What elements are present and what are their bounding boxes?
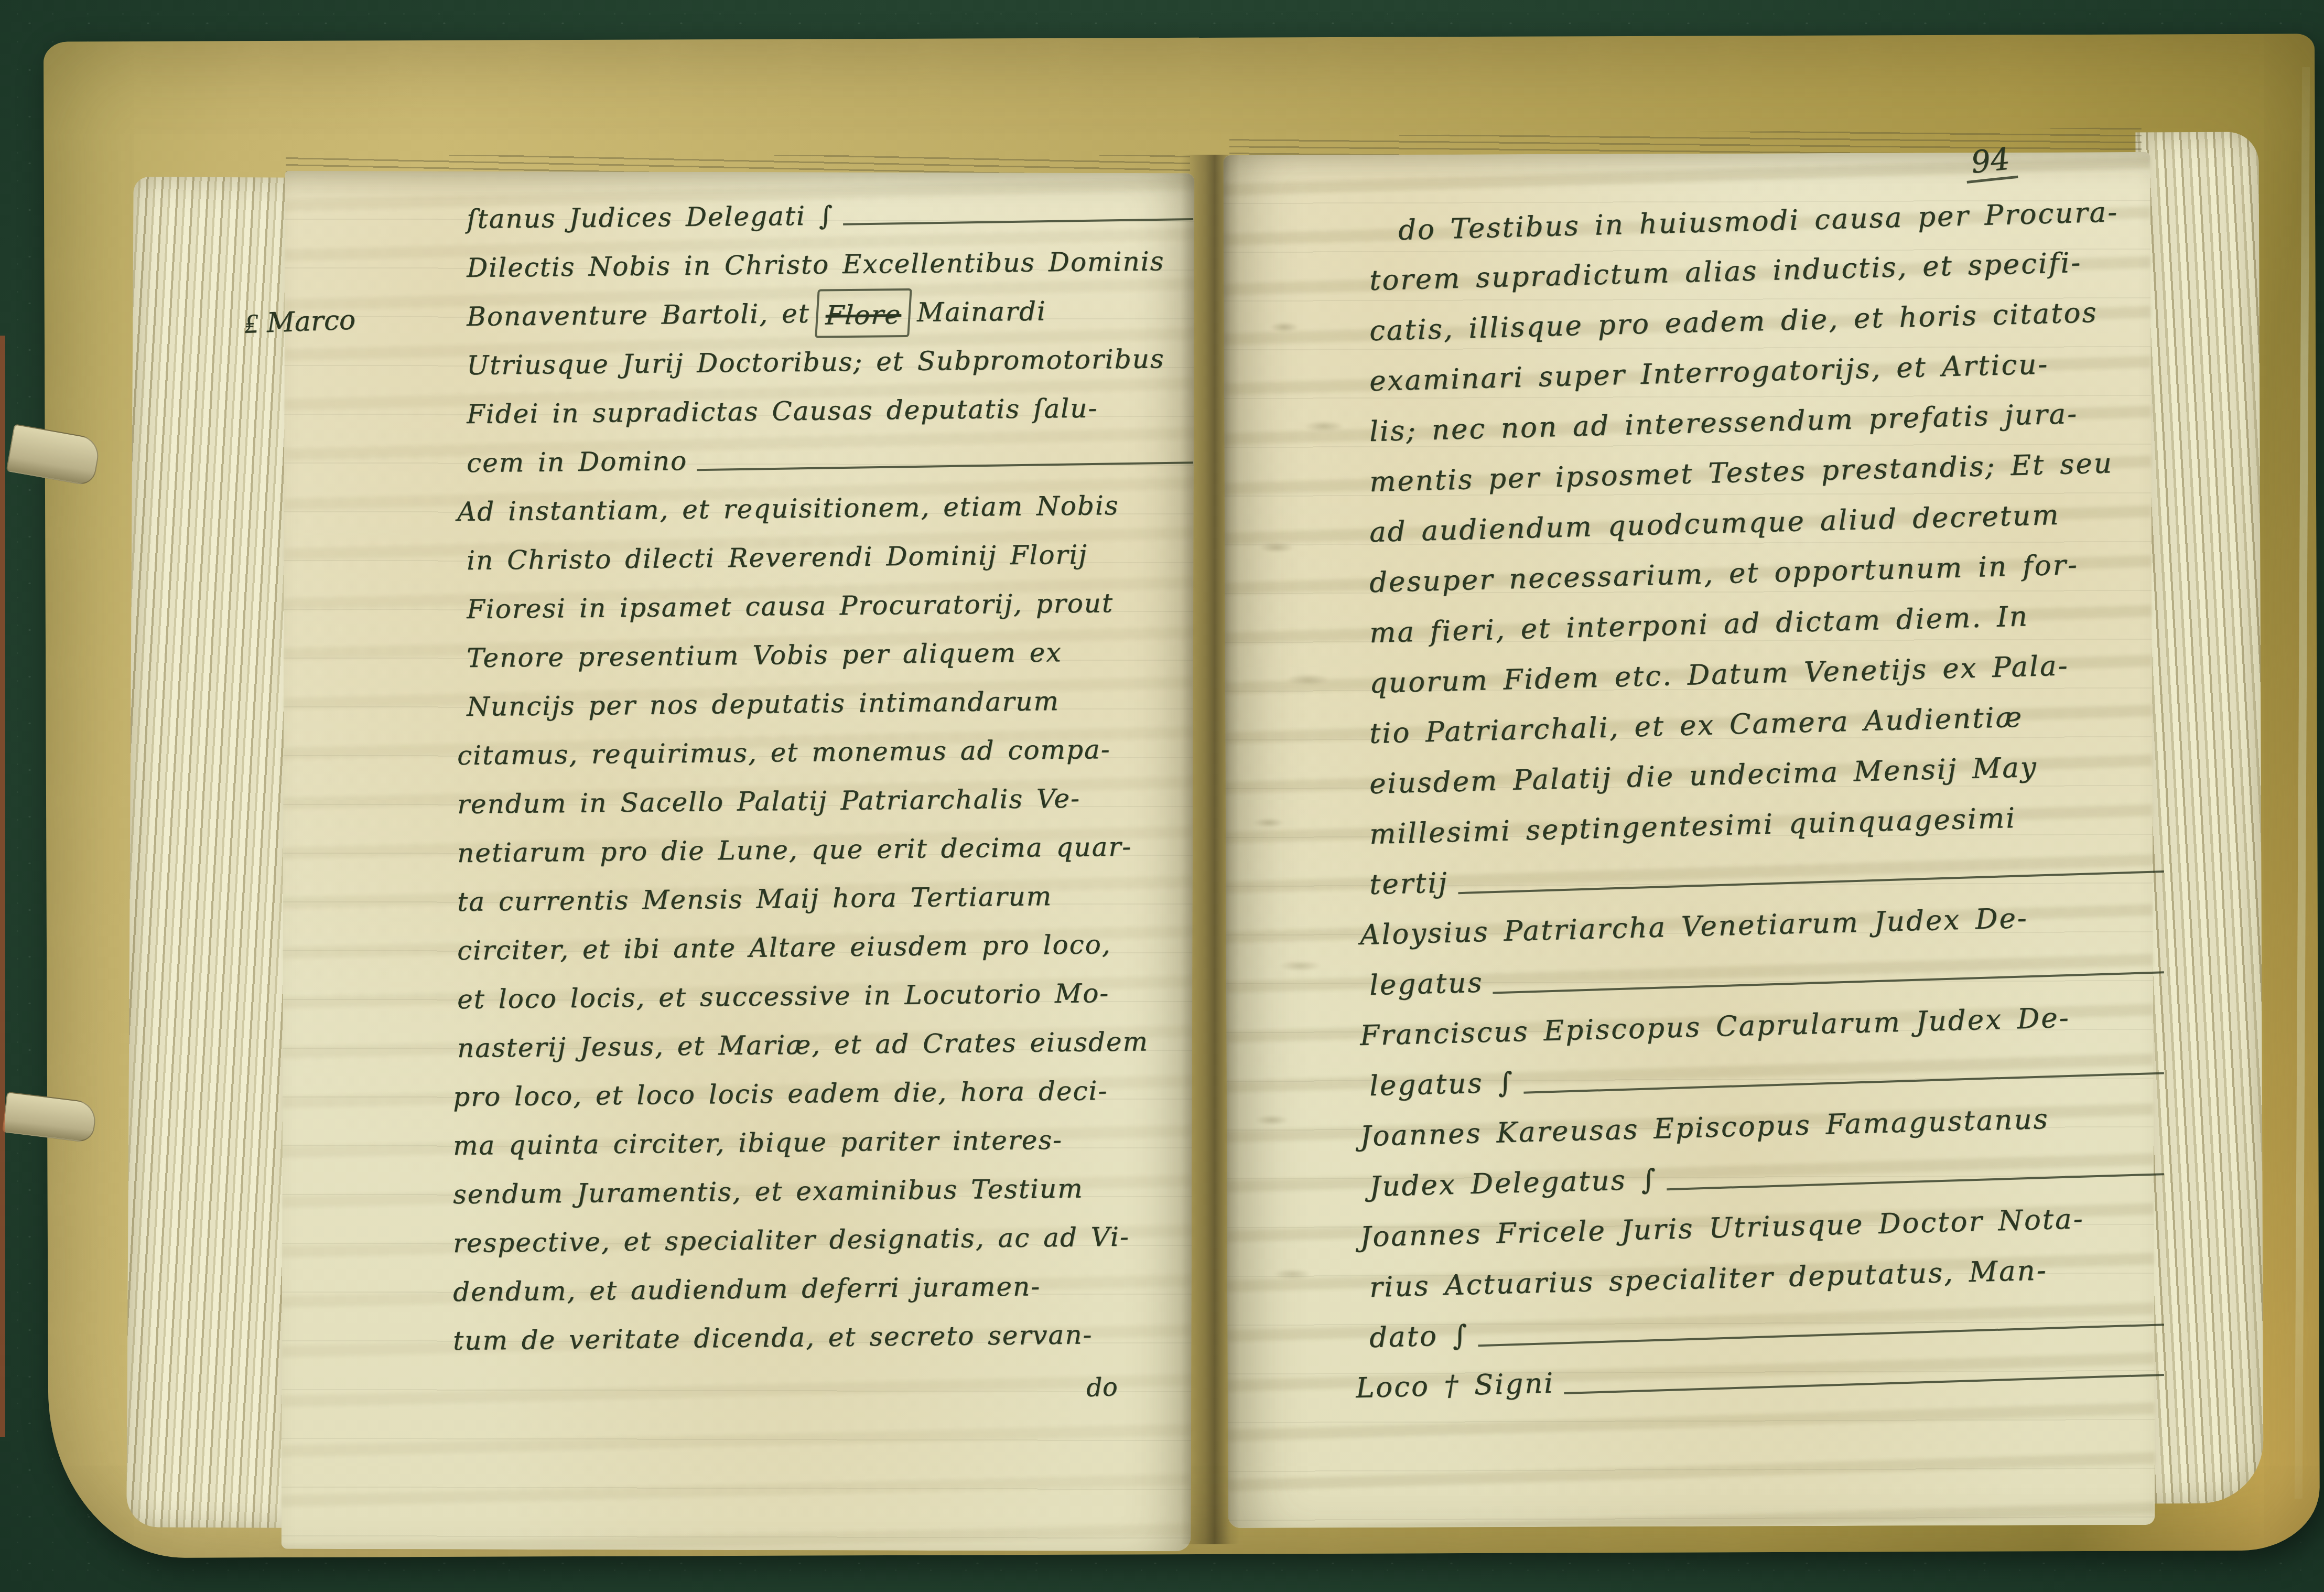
manuscript-line: dendum, et audiendum deferri juramen-	[453, 1261, 1196, 1317]
manuscript-line: Bonaventure Bartoli, et Flore Mainardi	[467, 286, 1196, 341]
flourish-rule	[1564, 1374, 2164, 1394]
margin-note: ₤ Marco	[244, 304, 356, 339]
manuscript-line: netiarum pro die Lune, que erit decima q…	[457, 822, 1196, 878]
manuscript-line: sendum Juramentis, et examinibus Testium	[453, 1163, 1196, 1219]
manuscript-line: rendum in Sacello Palatij Patriarchalis …	[457, 773, 1196, 829]
manuscript-line: Ad instantiam, et requisitionem, etiam N…	[457, 480, 1196, 536]
flourish-rule	[1458, 870, 2164, 894]
manuscript-line: Fioresi in ipsamet causa Procuratorij, p…	[467, 578, 1196, 634]
manuscript-line: Fidei in supradictas Causas deputatis ſa…	[467, 383, 1196, 439]
manuscript-line: nasterij Jesus, et Mariæ, et ad Crates e…	[457, 1017, 1196, 1073]
page-number: 94	[1963, 140, 2018, 184]
manuscript-line: tum de veritate dicenda, et secreto serv…	[453, 1309, 1196, 1365]
manuscript-line: ta currentis Mensis Maij hora Tertiarum	[457, 870, 1196, 927]
manuscript-line: ſtanus Judices Delegati ∫	[467, 188, 1196, 244]
manuscript-line: Tenore presentium Vobis per aliquem ex	[467, 627, 1196, 683]
manuscript-line: respective, et specialiter designatis, a…	[453, 1212, 1196, 1268]
manuscript-photo: ₤ Marco 94 do ſtanus Judices Delegati ∫ …	[0, 0, 2324, 1592]
struck-word: Flore	[815, 288, 912, 338]
manuscript-line: et loco locis, et successive in Locutori…	[457, 968, 1196, 1024]
manuscript-line: in Christo dilecti Reverendi Dominij Flo…	[467, 530, 1196, 585]
manuscript-line: circiter, et ibi ante Altare eiusdem pro…	[457, 919, 1196, 975]
flourish-rule	[697, 461, 1193, 471]
manuscript-line: ma quinta circiter, ibique pariter inter…	[453, 1114, 1196, 1170]
catchword: do	[1086, 1372, 1118, 1403]
flourish-rule	[843, 218, 1193, 225]
fore-edge-left	[126, 177, 301, 1528]
flourish-rule	[1478, 1324, 2164, 1347]
manuscript-line: citamus, requirimus, et monemus ad compa…	[457, 724, 1196, 780]
photo-fringe	[0, 336, 5, 1437]
flourish-rule	[1493, 971, 2164, 994]
manuscript-line: pro loco, et loco locis eadem die, hora …	[453, 1066, 1196, 1122]
left-page-text: ſtanus Judices Delegati ∫ Dilectis Nobis…	[467, 195, 1195, 1365]
manuscript-line: cem in Domino	[467, 432, 1196, 488]
flourish-rule	[1667, 1173, 2164, 1190]
manuscript-line: Nuncijs per nos deputatis intimandarum	[467, 676, 1196, 732]
right-page-text: do Testibus in huiusmodi causa per Procu…	[1369, 206, 2166, 1414]
manuscript-line: Utriusque Jurij Doctoribus; et Subpromot…	[467, 335, 1196, 390]
flourish-rule	[1523, 1072, 2164, 1093]
manuscript-line: Dilectis Nobis in Christo Excellentibus …	[467, 237, 1196, 293]
